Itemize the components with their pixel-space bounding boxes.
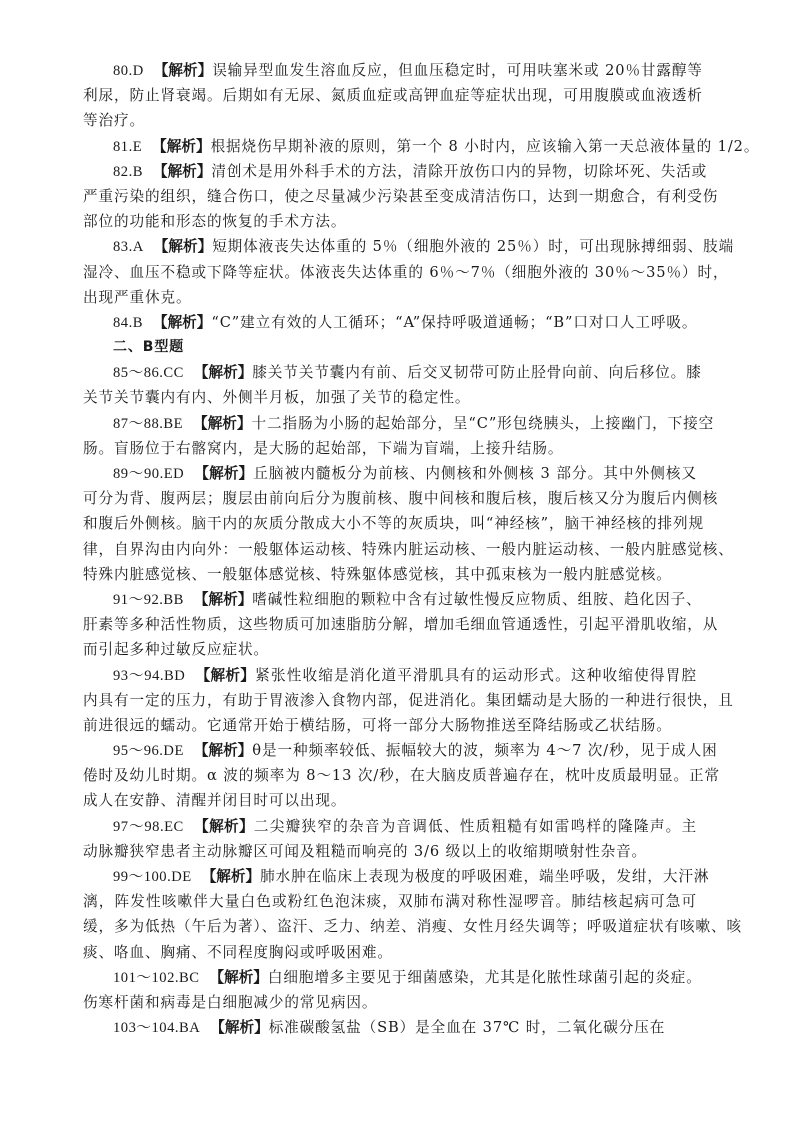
- entry-text: 成人在安静、清醒并闭目时可以出现。: [83, 788, 697, 813]
- answer-number: 83.A: [113, 239, 144, 255]
- entry-text: 等治疗。: [83, 108, 697, 133]
- entry-text: 利尿，防止肾衰竭。后期如有无尿、氮质血症或高钾血症等症状出现，可用腹膜或血液透析: [83, 83, 697, 108]
- entry-80: 80.D【解析】误输异型血发生溶血反应，但血压稳定时，可用呋塞米或 20％甘露醇…: [83, 58, 697, 134]
- answer-number: 85～86.CC: [113, 365, 184, 381]
- entry-89-90: 89～90.ED【解析】丘脑被内髓板分为前核、内侧核和外侧核 3 部分。其中外侧…: [83, 461, 697, 587]
- analysis-tag: 【解析】: [153, 314, 211, 331]
- answer-number: 99～100.DE: [113, 869, 192, 885]
- entry-101-102: 101～102.BC【解析】白细胞增多主要见于细菌感染，尤其是化脓性球菌引起的炎…: [83, 965, 697, 1015]
- entry-text: 部位的功能和形态的恢复的手术方法。: [83, 209, 697, 234]
- answer-number: 87～88.BE: [113, 416, 183, 432]
- entry-84: 84.B【解析】“C”建立有效的人工循环；“A”保持呼吸道通畅；“B”口对口人工…: [83, 310, 697, 335]
- entry-text: 十二指肠为小肠的起始部分，呈“C”形包绕胰头，上接幽门，下接空: [251, 415, 714, 432]
- entry-85-86: 85～86.CC【解析】膝关节关节囊内有前、后交叉韧带可防止胫骨向前、向后移位。…: [83, 360, 697, 410]
- answer-number: 82.B: [113, 164, 143, 180]
- answer-number: 97～98.EC: [113, 819, 184, 835]
- answer-number: 84.B: [113, 315, 143, 331]
- entry-text: 肺水肿在临床上表现为极度的呼吸困难，端坐呼吸，发绀，大汗淋: [260, 868, 709, 885]
- entry-text: 关节关节囊内有内、外侧半月板，加强了关节的稳定性。: [83, 385, 697, 410]
- entry-text: 内具有一定的压力，有助于胃液渗入食物内部，促进消化。集团蠕动是大肠的一种进行很快…: [83, 688, 697, 713]
- analysis-tag: 【解析】: [194, 818, 254, 835]
- entry-text: 湿冷、血压不稳或下降等症状。体液丧失达体重的 6％～7％（细胞外液的 30％～3…: [83, 260, 697, 285]
- entry-text: 紧张性收缩是消化道平滑肌具有的运动形式。这种收缩使得胃腔: [255, 667, 697, 684]
- entry-text: 严重污染的组织，缝合伤口，使之尽量减少污染甚至变成清洁伤口，达到一期愈合，有利受…: [83, 184, 697, 209]
- entry-95-96: 95～96.DE【解析】θ是一种频率较低、振幅较大的波，频率为 4～7 次/秒，…: [83, 738, 697, 814]
- entry-text: 前进很远的蠕动。它通常开始于横结肠，可将一部分大肠物推送至降结肠或乙状结肠。: [83, 713, 697, 738]
- entry-text: 而引起多种过敏反应症状。: [83, 637, 697, 662]
- entry-81: 81.E【解析】根据烧伤早期补液的原则，第一个 8 小时内，应该输入第一天总液体…: [83, 134, 697, 159]
- analysis-tag: 【解析】: [194, 465, 253, 482]
- answer-number: 101～102.BC: [113, 970, 200, 986]
- answer-number: 91～92.BB: [113, 592, 184, 608]
- entry-text: 根据烧伤早期补液的原则，第一个 8 小时内，应该输入第一天总液体量的 1/2。: [211, 138, 760, 155]
- entry-text: 白细胞增多主要见于细菌感染，尤其是化脓性球菌引起的炎症。: [268, 969, 702, 986]
- entry-97-98: 97～98.EC【解析】二尖瓣狭窄的杂音为音调低、性质粗糙有如雷鸣样的隆隆声。主…: [83, 814, 697, 864]
- entry-text: 短期体液丧失达体重的 5％（细胞外液的 25％）时，可出现脉搏细弱、肢端: [212, 238, 734, 255]
- entry-text: 肝素等多种活性物质，这些物质可加速脂肪分解，增加毛细血管通透性，引起平滑肌收缩，…: [83, 612, 697, 637]
- entry-text: 标准碳酸氢盐（SB）是全血在 37℃ 时，二氧化碳分压在: [269, 1019, 666, 1036]
- entry-text: 可分为背、腹两层；腹层由前向后分为腹前核、腹中间核和腹后核，腹后核又分为腹后内侧…: [83, 486, 697, 511]
- entry-text: θ是一种频率较低、振幅较大的波，频率为 4～7 次/秒，见于成人困: [252, 742, 717, 759]
- analysis-tag: 【解析】: [210, 969, 268, 986]
- analysis-tag: 【解析】: [152, 138, 210, 155]
- answer-number: 95～96.DE: [113, 743, 184, 759]
- analysis-tag: 【解析】: [202, 868, 260, 885]
- analysis-tag: 【解析】: [194, 591, 252, 608]
- analysis-tag: 【解析】: [194, 364, 252, 381]
- section-heading: 二、B型题: [83, 335, 697, 360]
- entry-text: 动脉瓣狭窄患者主动脉瓣区可闻及粗糙而响亮的 3/6 级以上的收缩期喷射性杂音。: [83, 839, 697, 864]
- entry-93-94: 93～94.BD【解析】紧张性收缩是消化道平滑肌具有的运动形式。这种收缩使得胃腔…: [83, 663, 697, 739]
- entry-87-88: 87～88.BE【解析】十二指肠为小肠的起始部分，呈“C”形包绕胰头，上接幽门，…: [83, 411, 697, 461]
- entry-text: 出现严重休克。: [83, 285, 697, 310]
- answer-number: 103～104.BA: [113, 1020, 200, 1036]
- entry-text: 倦时及幼儿时期。α 波的频率为 8～13 次/秒，在大脑皮质普遍存在，枕叶皮质最…: [83, 763, 697, 788]
- analysis-tag: 【解析】: [194, 742, 252, 759]
- entry-text: 缓，多为低热（午后为著）、盗汗、乏力、纳差、消瘦、女性月经失调等；呼吸道症状有咳…: [83, 914, 697, 939]
- entry-text: 误输异型血发生溶血反应，但血压稳定时，可用呋塞米或 20％甘露醇等: [212, 62, 703, 79]
- entry-text: 律，自界沟由内向外：一般躯体运动核、特殊内脏运动核、一般内脏运动核、一般内脏感觉…: [83, 537, 697, 562]
- analysis-tag: 【解析】: [195, 667, 255, 684]
- entry-text: 和腹后外侧核。脑干内的灰质分散成大小不等的灰质块，叫“神经核”，脑干神经核的排列…: [83, 511, 697, 536]
- answer-number: 81.E: [113, 139, 142, 155]
- entry-text: 痰、咯血、胸痛、不同程度胸闷或呼吸困难。: [83, 940, 697, 965]
- entry-text: 清创术是用外科手术的方法，清除开放伤口内的异物，切除坏死、失活或: [211, 163, 707, 180]
- entry-91-92: 91～92.BB【解析】嗜碱性粒细胞的颗粒中含有过敏性慢反应物质、组胺、趋化因子…: [83, 587, 697, 663]
- analysis-tag: 【解析】: [154, 238, 212, 255]
- entry-text: 膝关节关节囊内有前、后交叉韧带可防止胫骨向前、向后移位。膝: [252, 364, 701, 381]
- entry-text: “C”建立有效的人工循环；“A”保持呼吸道通畅；“B”口对口人工呼吸。: [211, 314, 697, 331]
- analysis-tag: 【解析】: [193, 415, 251, 432]
- answer-explanations-page: 80.D【解析】误输异型血发生溶血反应，但血压稳定时，可用呋塞米或 20％甘露醇…: [83, 58, 697, 1040]
- entry-83: 83.A【解析】短期体液丧失达体重的 5％（细胞外液的 25％）时，可出现脉搏细…: [83, 234, 697, 310]
- entry-text: 嗜碱性粒细胞的颗粒中含有过敏性慢反应物质、组胺、趋化因子、: [252, 591, 701, 608]
- entry-103-104: 103～104.BA【解析】标准碳酸氢盐（SB）是全血在 37℃ 时，二氧化碳分…: [83, 1015, 697, 1040]
- entry-text: 肠。盲肠位于右髂窝内，是大肠的起始部，下端为盲端，上接升结肠。: [83, 436, 697, 461]
- answer-number: 80.D: [113, 63, 144, 79]
- entry-99-100: 99～100.DE【解析】肺水肿在临床上表现为极度的呼吸困难，端坐呼吸，发绀，大…: [83, 864, 697, 965]
- entry-text: 特殊内脏感觉核、一般躯体感觉核、特殊躯体感觉核，其中孤束核为一般内脏感觉核。: [83, 562, 697, 587]
- analysis-tag: 【解析】: [153, 163, 211, 180]
- entry-text: 二尖瓣狭窄的杂音为音调低、性质粗糙有如雷鸣样的隆隆声。主: [254, 818, 697, 835]
- answer-number: 89～90.ED: [113, 466, 184, 482]
- entry-text: 漓，阵发性咳嗽伴大量白色或粉红色泡沫痰，双肺布满对称性湿啰音。肺结核起病可急可: [83, 889, 697, 914]
- entry-text: 丘脑被内髓板分为前核、内侧核和外侧核 3 部分。其中外侧核又: [253, 465, 697, 482]
- analysis-tag: 【解析】: [154, 62, 212, 79]
- answer-number: 93～94.BD: [113, 668, 185, 684]
- entry-text: 伤寒杆菌和病毒是白细胞减少的常见病因。: [83, 990, 697, 1015]
- entry-82: 82.B【解析】清创术是用外科手术的方法，清除开放伤口内的异物，切除坏死、失活或…: [83, 159, 697, 235]
- analysis-tag: 【解析】: [210, 1019, 268, 1036]
